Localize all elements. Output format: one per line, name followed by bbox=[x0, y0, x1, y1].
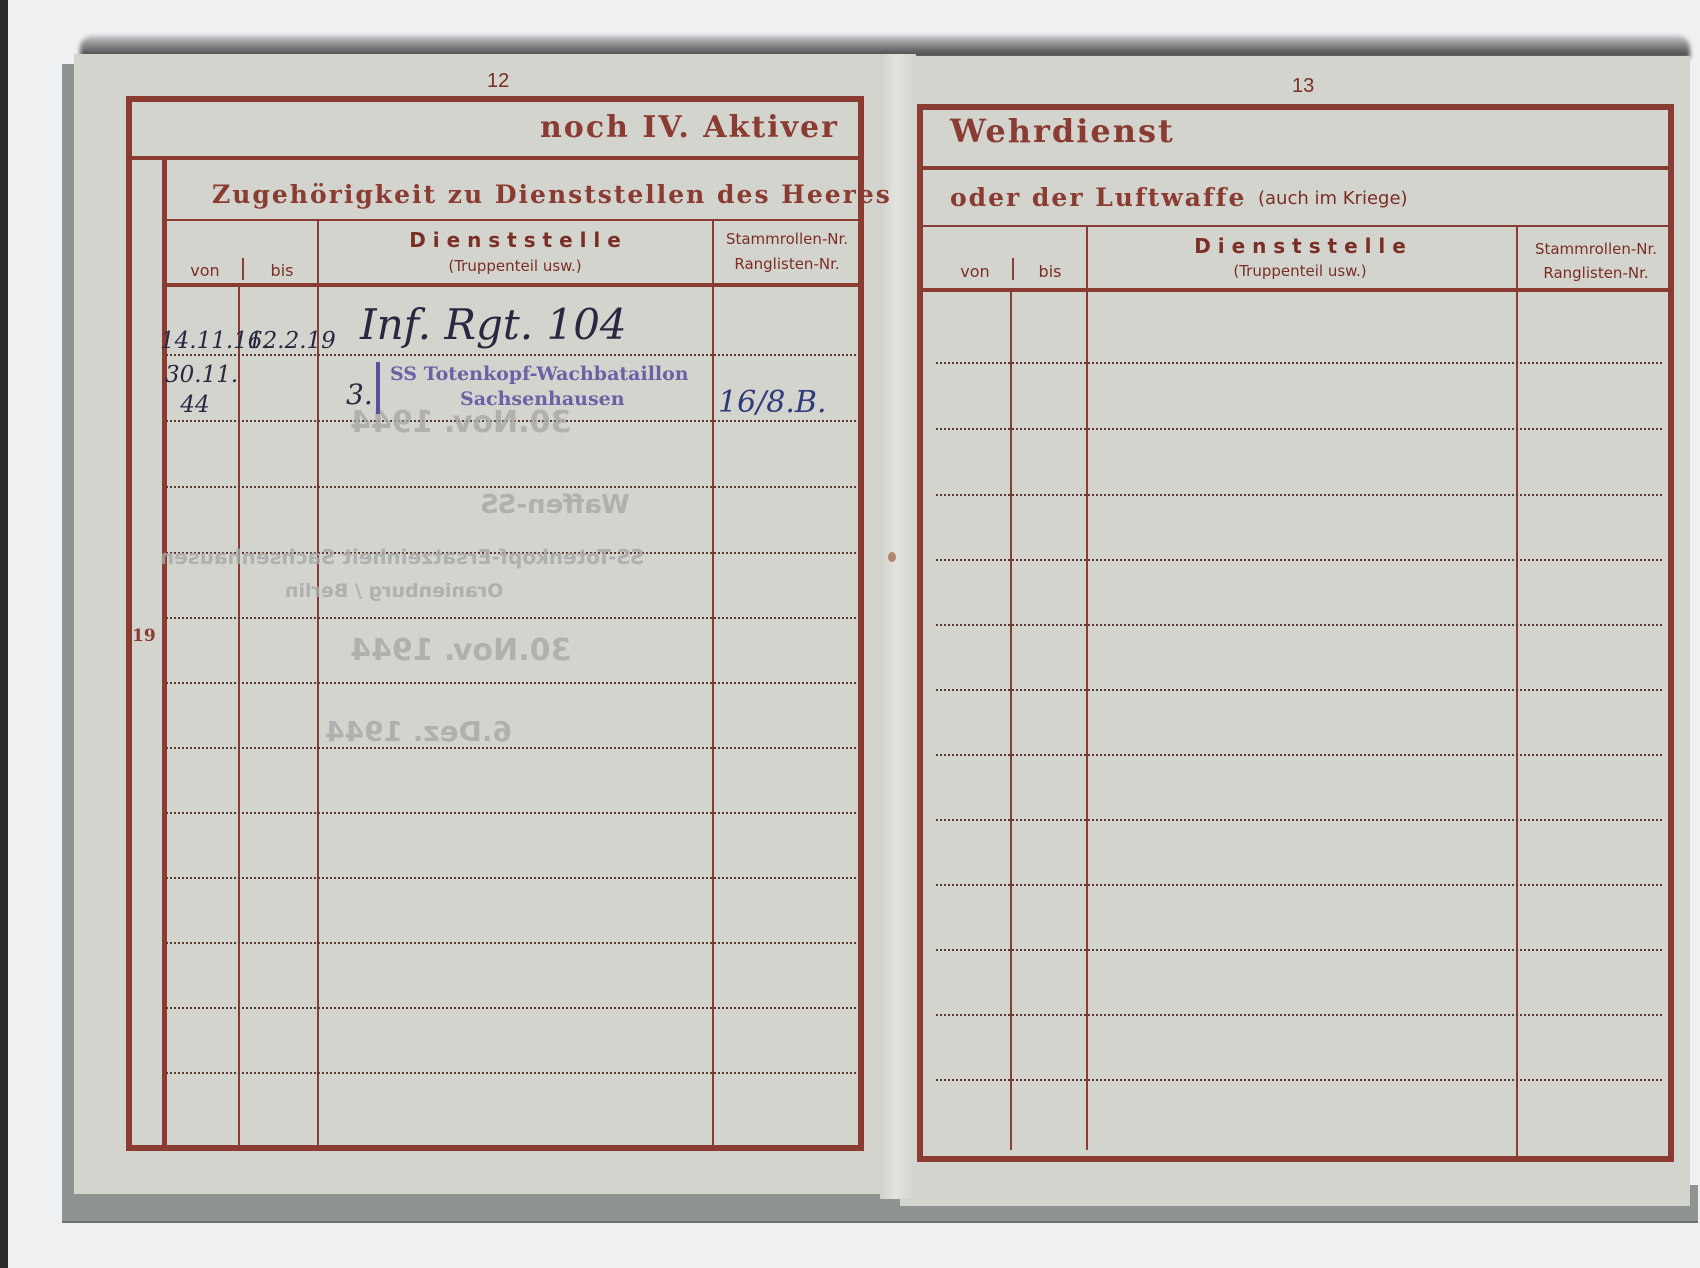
divider bbox=[166, 283, 860, 287]
divider bbox=[921, 166, 1670, 170]
col-bis: bis bbox=[262, 261, 302, 280]
row-line bbox=[936, 559, 1662, 561]
right-heading: Wehrdienst bbox=[950, 112, 1175, 150]
left-subheading: Zugehörigkeit zu Dienststellen des Heere… bbox=[212, 180, 892, 209]
left-heading: noch IV. Aktiver bbox=[540, 110, 839, 145]
row-line bbox=[166, 486, 856, 488]
stamp-bar bbox=[376, 362, 380, 414]
row-line bbox=[936, 428, 1662, 430]
book-gutter bbox=[880, 54, 916, 1199]
col-line bbox=[1010, 292, 1012, 1150]
col-separator bbox=[242, 258, 244, 280]
col-stammrollen: Stammrollen-Nr. bbox=[714, 230, 860, 248]
divider bbox=[166, 219, 860, 221]
row-line bbox=[936, 884, 1662, 886]
entry-2-von: 30.11. 44 bbox=[165, 360, 225, 420]
row-line bbox=[936, 1014, 1662, 1016]
row-line bbox=[936, 949, 1662, 951]
ghost-imprint: Waffen-SS bbox=[480, 490, 630, 520]
right-subheading: oder der Luftwaffe bbox=[950, 183, 1246, 212]
row-line bbox=[936, 754, 1662, 756]
col-dienststelle-sub: (Truppenteil usw.) bbox=[320, 257, 710, 275]
row-line bbox=[936, 819, 1662, 821]
scan-edge bbox=[0, 0, 8, 1268]
col-ranglisten: Ranglisten-Nr. bbox=[714, 255, 860, 273]
stamp-line-1: SS Totenkopf-Wachbataillon bbox=[390, 363, 689, 385]
col-dienststelle: D i e n s t s t e l l e bbox=[320, 228, 710, 252]
row-line bbox=[936, 624, 1662, 626]
col-bis: bis bbox=[1030, 262, 1070, 281]
entry-1-bis: 12.2.19 bbox=[248, 328, 336, 354]
col-dienststelle-sub: (Truppenteil usw.) bbox=[1090, 262, 1510, 280]
page-number-right: 13 bbox=[1292, 75, 1314, 98]
col-line bbox=[238, 287, 240, 1147]
row-line bbox=[166, 1007, 856, 1009]
right-subheading-note: (auch im Kriege) bbox=[1258, 188, 1408, 209]
ghost-imprint: Oranienburg / Berlin bbox=[285, 580, 503, 602]
row-line bbox=[936, 689, 1662, 691]
row-line bbox=[166, 942, 856, 944]
row-line bbox=[936, 1079, 1662, 1081]
stamp-line-2: Sachsenhausen bbox=[460, 388, 625, 410]
ghost-imprint: SS-Totenkopf-Ersatzeinheit Sachsenhausen bbox=[160, 545, 644, 569]
section-marker: 19 bbox=[132, 626, 156, 646]
row-line bbox=[166, 812, 856, 814]
rust-spot bbox=[888, 552, 896, 562]
col-separator bbox=[1012, 258, 1014, 280]
col-line bbox=[1086, 226, 1088, 1150]
page-number-left: 12 bbox=[487, 70, 509, 93]
col-ranglisten: Ranglisten-Nr. bbox=[1522, 264, 1670, 282]
col-line bbox=[1516, 226, 1518, 1156]
col-von: von bbox=[185, 261, 225, 280]
entry-2-nr: 16/8.B. bbox=[718, 385, 827, 420]
row-line bbox=[166, 877, 856, 879]
col-dienststelle: D i e n s t s t e l l e bbox=[1090, 234, 1510, 258]
col-von: von bbox=[955, 262, 995, 281]
divider bbox=[921, 225, 1670, 227]
row-line bbox=[166, 682, 856, 684]
row-line bbox=[936, 494, 1662, 496]
ghost-imprint: 30.Nov. 1944 bbox=[350, 633, 571, 668]
entry-2-prefix: 3. bbox=[346, 378, 373, 411]
entry-1-dienststelle: Inf. Rgt. 104 bbox=[360, 300, 627, 349]
row-line bbox=[166, 1072, 856, 1074]
row-line bbox=[936, 362, 1662, 364]
divider bbox=[921, 288, 1670, 292]
ghost-imprint: 30.Nov. 1944 bbox=[350, 405, 571, 440]
ghost-imprint: 6.Dez. 1944 bbox=[325, 715, 512, 748]
divider bbox=[130, 156, 860, 160]
margin-rule bbox=[162, 160, 167, 1148]
row-line bbox=[166, 617, 856, 619]
row-line bbox=[166, 354, 856, 356]
col-stammrollen: Stammrollen-Nr. bbox=[1522, 240, 1670, 258]
